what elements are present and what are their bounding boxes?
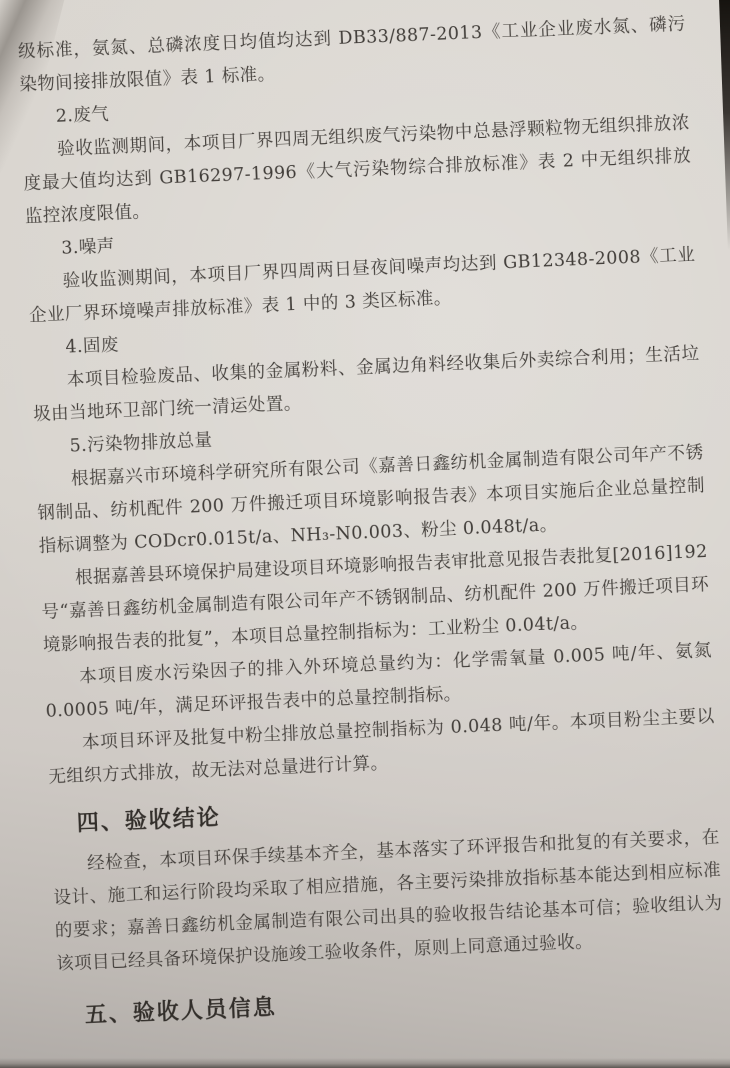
photo-background-sliver-top-right <box>704 0 730 250</box>
photo-edge-bottom <box>0 1058 730 1068</box>
paragraph-conclusion: 经检查，本项目环保手续基本齐全，基本落实了环评报告和批复的有关要求，在设计、施工… <box>52 822 725 982</box>
document-page: 级标准，氨氮、总磷浓度日均值均达到 DB33/887-2013《工业企业废水氮、… <box>0 0 730 1068</box>
section-heading-personnel-info: 五、验收人员信息 <box>58 972 727 1034</box>
page-text-block: 级标准，氨氮、总磷浓度日均值均达到 DB33/887-2013《工业企业废水氮、… <box>17 8 727 1041</box>
